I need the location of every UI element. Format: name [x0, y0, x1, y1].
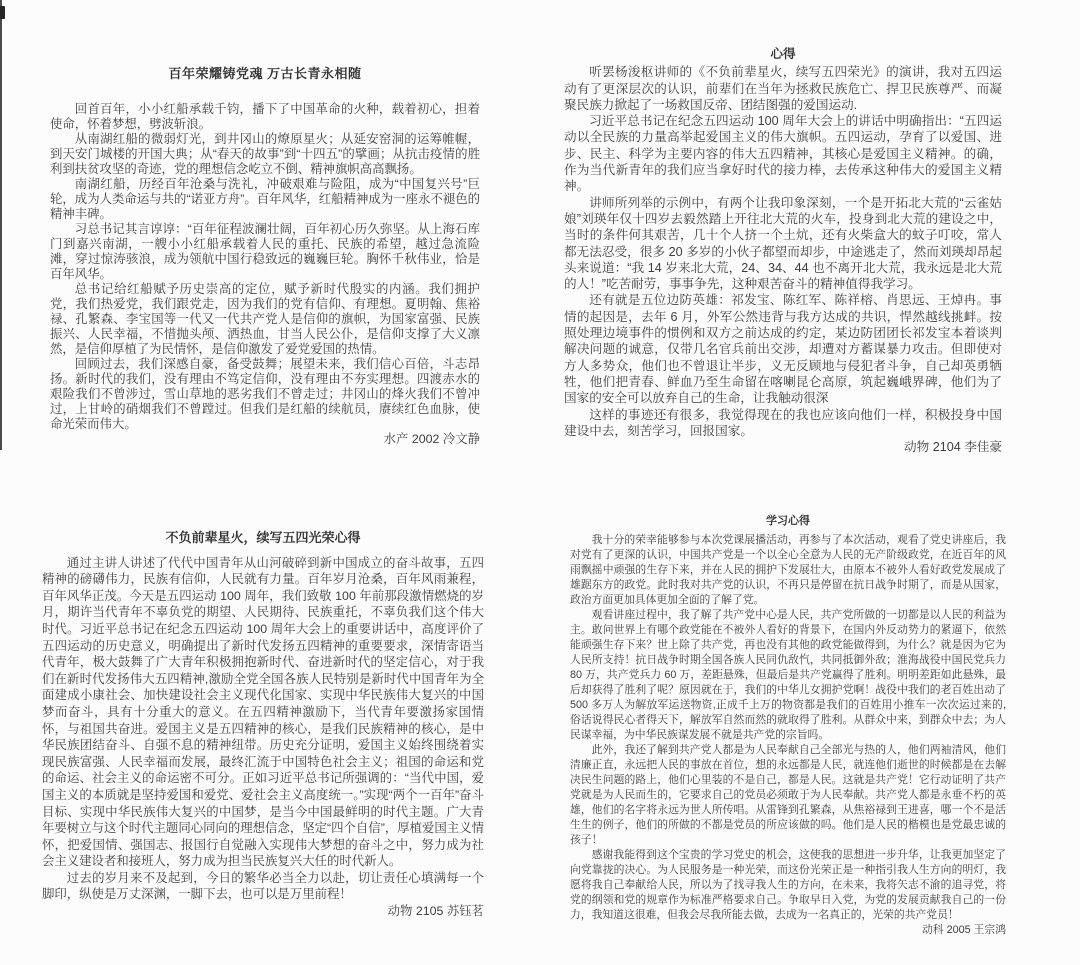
essay-title: 百年荣耀铸党魂 万古长青永相随	[50, 66, 480, 81]
essay-paragraph: 南湖红船，历经百年沧桑与洗礼，冲破艰难与险阻，成为“中国复兴号”巨轮，成为人类命…	[50, 177, 480, 222]
essay-signature: 动科 2005 王宗鸿	[570, 923, 1006, 938]
essay-paragraph: 总书记给红船赋予历史崇高的定位，赋予新时代殷实的内涵。我们拥护党，我们热爱党，我…	[50, 282, 480, 357]
essay-paragraph: 讲师所列举的示例中，有两个让我印象深刻，一个是开拓北大荒的“云雀姑娘”刘瑛年仅十…	[564, 195, 1002, 293]
essay-paragraph: 通过主讲人讲述了代代中国青年从山河破碎到新中国成立的奋斗故事，五四精神的磅礴伟力…	[42, 555, 484, 870]
essay-page-bottom-right: 学习心得 我十分的荣幸能够参与本次党课展播活动，再参与了本次活动，观看了党史讲座…	[570, 514, 1006, 938]
essay-paragraph: 这样的事迹还有很多，我觉得现在的我也应该向他们一样，积极投身中国建设中去，刻苦学…	[564, 407, 1002, 440]
essay-page-bottom-left: 不负前辈星火，续写五四光荣心得 通过主讲人讲述了代代中国青年从山河破碎到新中国成…	[42, 530, 484, 920]
essay-title: 心得	[564, 46, 1002, 62]
essay-signature: 动物 2105 苏钰茗	[42, 903, 484, 920]
essay-signature: 水产 2002 冷文静	[50, 432, 480, 447]
essay-title: 不负前辈星火，续写五四光荣心得	[42, 530, 484, 547]
essay-paragraph: 此外，我还了解到共产党人都是为人民奉献自己全部光与热的人，他们两袖清风，他们清廉…	[570, 743, 1006, 848]
essay-paragraph: 习总书记其言谆谆：“百年征程波澜壮阔，百年初心历久弥坚。从上海石库门到嘉兴南湖，…	[50, 222, 480, 282]
essay-title: 学习心得	[570, 514, 1006, 529]
essay-paragraph: 观看讲座过程中，我了解了共产党中心是人民，共产党所做的一切都是以人民的利益为主。…	[570, 608, 1006, 743]
essay-paragraph: 感谢我能得到这个宝贵的学习党史的机会，这使我的思想进一步升华，让我更加坚定了向党…	[570, 848, 1006, 923]
essay-paragraph: 听罢杨浚枢讲师的《不负前辈星火，续写五四荣光》的演讲，我对五四运动有了更深层次的…	[564, 64, 1002, 113]
essay-signature: 动物 2104 李佳豪	[564, 439, 1002, 455]
scan-edge-blob	[0, 6, 5, 19]
essay-page-top-left: 百年荣耀铸党魂 万古长青永相随 回首百年，小小红船承载千钧，播下了中国革命的火种…	[50, 66, 480, 447]
essay-paragraph: 习近平总书记在纪念五四运动 100 周年大会上的讲话中明确指出：“五四运动以全民…	[564, 113, 1002, 194]
essay-paragraph: 还有就是五位边防英雄：祁发宝、陈红军、陈祥榕、肖思远、王焯冉。事情的起因是，去年…	[564, 292, 1002, 406]
scan-edge-artifact	[0, 0, 2, 450]
essay-paragraph: 从南湖红船的微弱灯光，到井冈山的燎原星火；从延安窑洞的运筹帷幄，到天安门城楼的开…	[50, 132, 480, 177]
essay-page-top-right: 心得 听罢杨浚枢讲师的《不负前辈星火，续写五四荣光》的演讲，我对五四运动有了更深…	[564, 46, 1002, 455]
scanned-essays-collage: 百年荣耀铸党魂 万古长青永相随 回首百年，小小红船承载千钧，播下了中国革命的火种…	[0, 0, 1080, 965]
essay-paragraph: 回首百年，小小红船承载千钧，播下了中国革命的火种，载着初心，担着使命，怀着梦想，…	[50, 102, 480, 132]
essay-paragraph: 我十分的荣幸能够参与本次党课展播活动，再参与了本次活动，观看了党史讲座后，我对党…	[570, 533, 1006, 608]
essay-paragraph: 回顾过去，我们深感自豪，备受鼓舞；展望未来，我们信心百倍，斗志昂扬。新时代的我们…	[50, 357, 480, 432]
essay-paragraph: 过去的岁月来不及起到，今日的繁华必当全力以赴，切让责任心填满每一个脚印，纵使是万…	[42, 870, 484, 903]
